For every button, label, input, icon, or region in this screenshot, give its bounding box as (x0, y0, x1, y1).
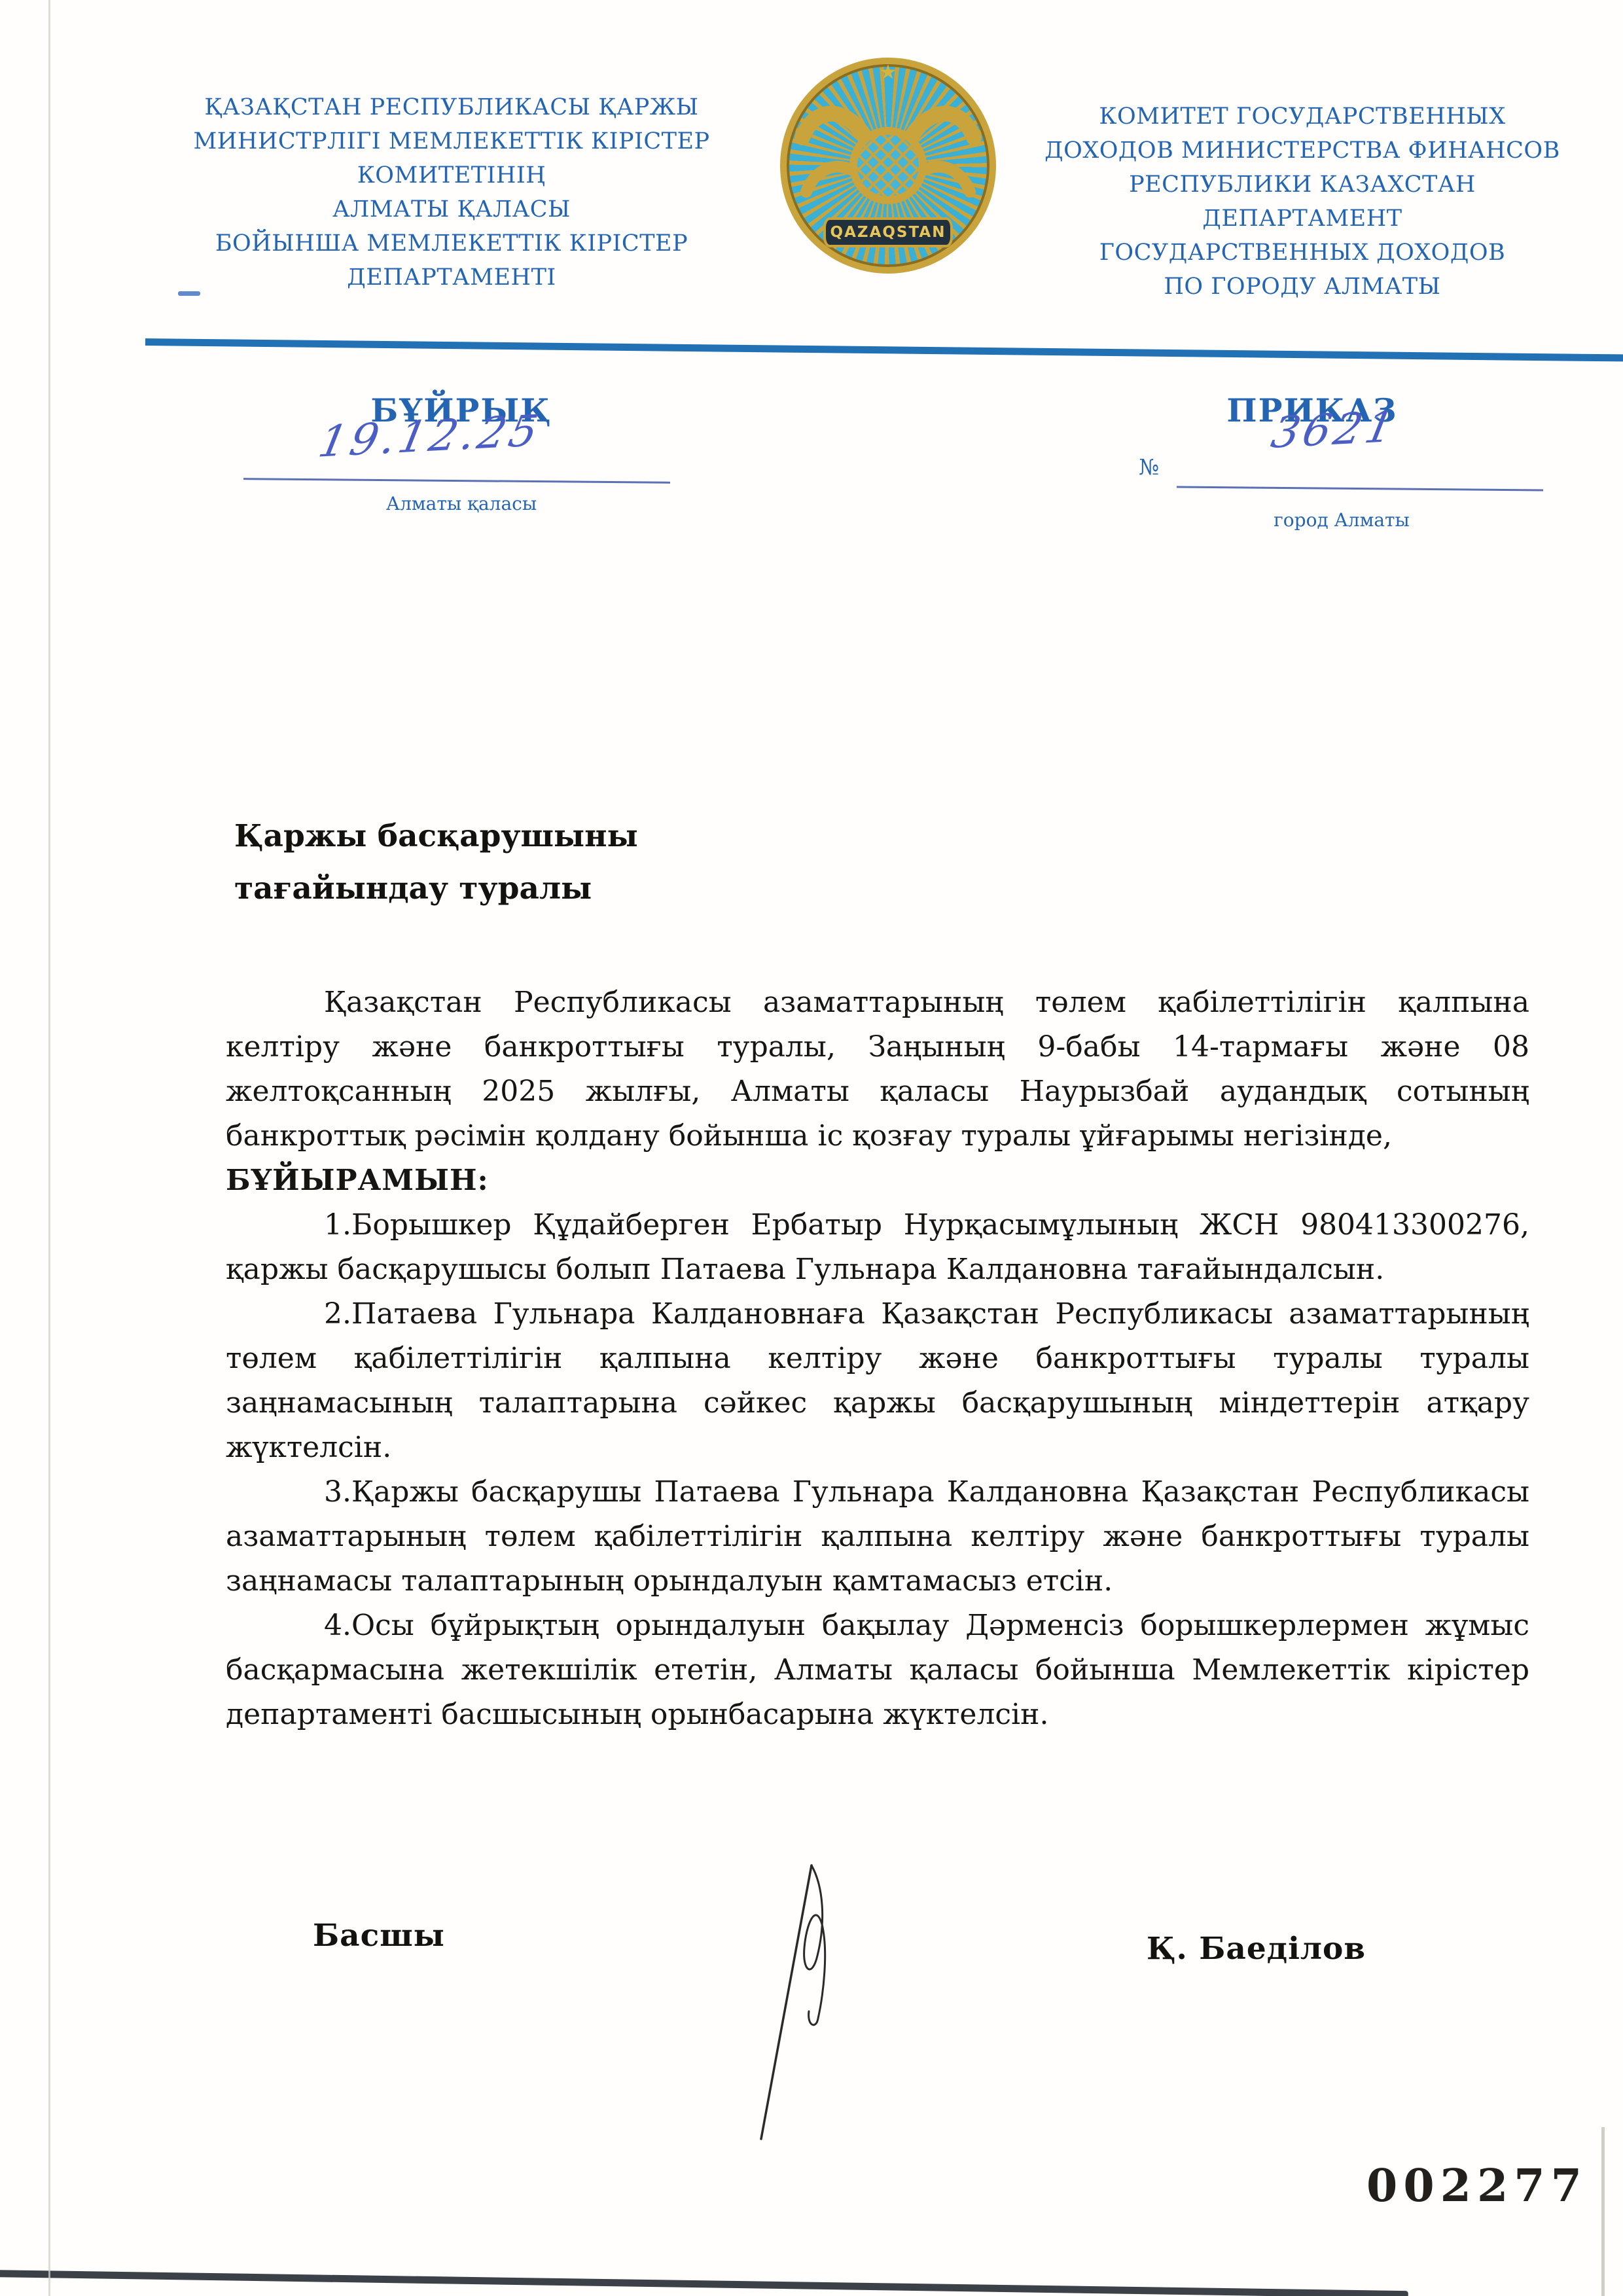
signer-name: Қ. Баеділов (1147, 1931, 1366, 1967)
signer-position-label: Басшы (313, 1918, 445, 1954)
org-ru-line: ГОСУДАРСТВЕННЫХ ДОХОДОВ (1008, 236, 1597, 270)
emblem-star-icon: ★ (880, 63, 897, 82)
org-ru-line: РЕСПУБЛИКИ КАЗАХСТАН (1008, 168, 1597, 202)
place-label-kazakh: Алматы қаласы (298, 493, 625, 514)
order-item-3: 3.Қаржы басқарушы Патаева Гульнара Калда… (226, 1470, 1529, 1604)
org-kk-line: КОМИТЕТІНІҢ (157, 158, 746, 192)
number-sign: № (1139, 454, 1159, 480)
org-name-russian: КОМИТЕТ ГОСУДАРСТВЕННЫХ ДОХОДОВ МИНИСТЕР… (1008, 99, 1597, 304)
preamble-paragraph: Қазақстан Республикасы азаматтарының төл… (226, 980, 1529, 1158)
kazakhstan-emblem-icon: ★ QAZAQSTAN (780, 58, 996, 274)
place-label-russian: город Алматы (1178, 509, 1505, 531)
date-underline (243, 478, 670, 484)
document-title-line: Қаржы басқарушыны (234, 810, 638, 863)
number-underline (1177, 486, 1543, 492)
resolve-word: БҰЙЫРАМЫН: (226, 1158, 1529, 1203)
scan-artifact-left-edge (48, 0, 50, 2296)
emblem-banner: QAZAQSTAN (823, 217, 953, 247)
org-kk-line: ҚАЗАҚСТАН РЕСПУБЛИКАСЫ ҚАРЖЫ (157, 90, 746, 124)
org-kk-line: БОЙЫНША МЕМЛЕКЕТТІК КІРІСТЕР (157, 226, 746, 260)
document-title: Қаржы басқарушыны тағайындау туралы (234, 810, 638, 915)
scanned-order-page: ҚАЗАҚСТАН РЕСПУБЛИКАСЫ ҚАРЖЫ МИНИСТРЛІГІ… (0, 0, 1623, 2296)
emblem-shanyrak (849, 127, 927, 204)
form-stamp-number: 002277 (1366, 2160, 1588, 2212)
scan-artifact-ink-dash (178, 291, 200, 296)
org-ru-line: ДОХОДОВ МИНИСТЕРСТВА ФИНАНСОВ (1008, 134, 1597, 168)
order-item-4: 4.Осы бұйрықтың орындалуын бақылау Дәрме… (226, 1604, 1529, 1737)
handwritten-signature (720, 1859, 936, 2147)
org-ru-line: КОМИТЕТ ГОСУДАРСТВЕННЫХ (1008, 99, 1597, 134)
org-kk-line: МИНИСТРЛІГІ МЕМЛЕКЕТТІК КІРІСТЕР (157, 124, 746, 158)
handwritten-order-number: 3621 (1267, 401, 1401, 458)
order-item-1: 1.Борышкер Құдайберген Ербатыр Нурқасымұ… (226, 1203, 1529, 1292)
org-ru-line: ПО ГОРОДУ АЛМАТЫ (1008, 270, 1597, 304)
org-kk-line: ДЕПАРТАМЕНТІ (157, 260, 746, 295)
order-body: Қазақстан Республикасы азаматтарының төл… (226, 980, 1529, 1737)
order-item-2: 2.Патаева Гульнара Калдановнаға Қазақста… (226, 1292, 1529, 1470)
org-kk-line: АЛМАТЫ ҚАЛАСЫ (157, 192, 746, 226)
header-divider-rule (145, 338, 1623, 361)
org-ru-line: ДЕПАРТАМЕНТ (1008, 202, 1597, 236)
document-title-line: тағайындау туралы (234, 863, 638, 915)
scan-artifact-bottom-edge (0, 2270, 1408, 2296)
org-name-kazakh: ҚАЗАҚСТАН РЕСПУБЛИКАСЫ ҚАРЖЫ МИНИСТРЛІГІ… (157, 90, 746, 295)
emblem-banner-text: QAZAQSTAN (830, 224, 946, 241)
scan-artifact-right-edge (1601, 2127, 1605, 2296)
